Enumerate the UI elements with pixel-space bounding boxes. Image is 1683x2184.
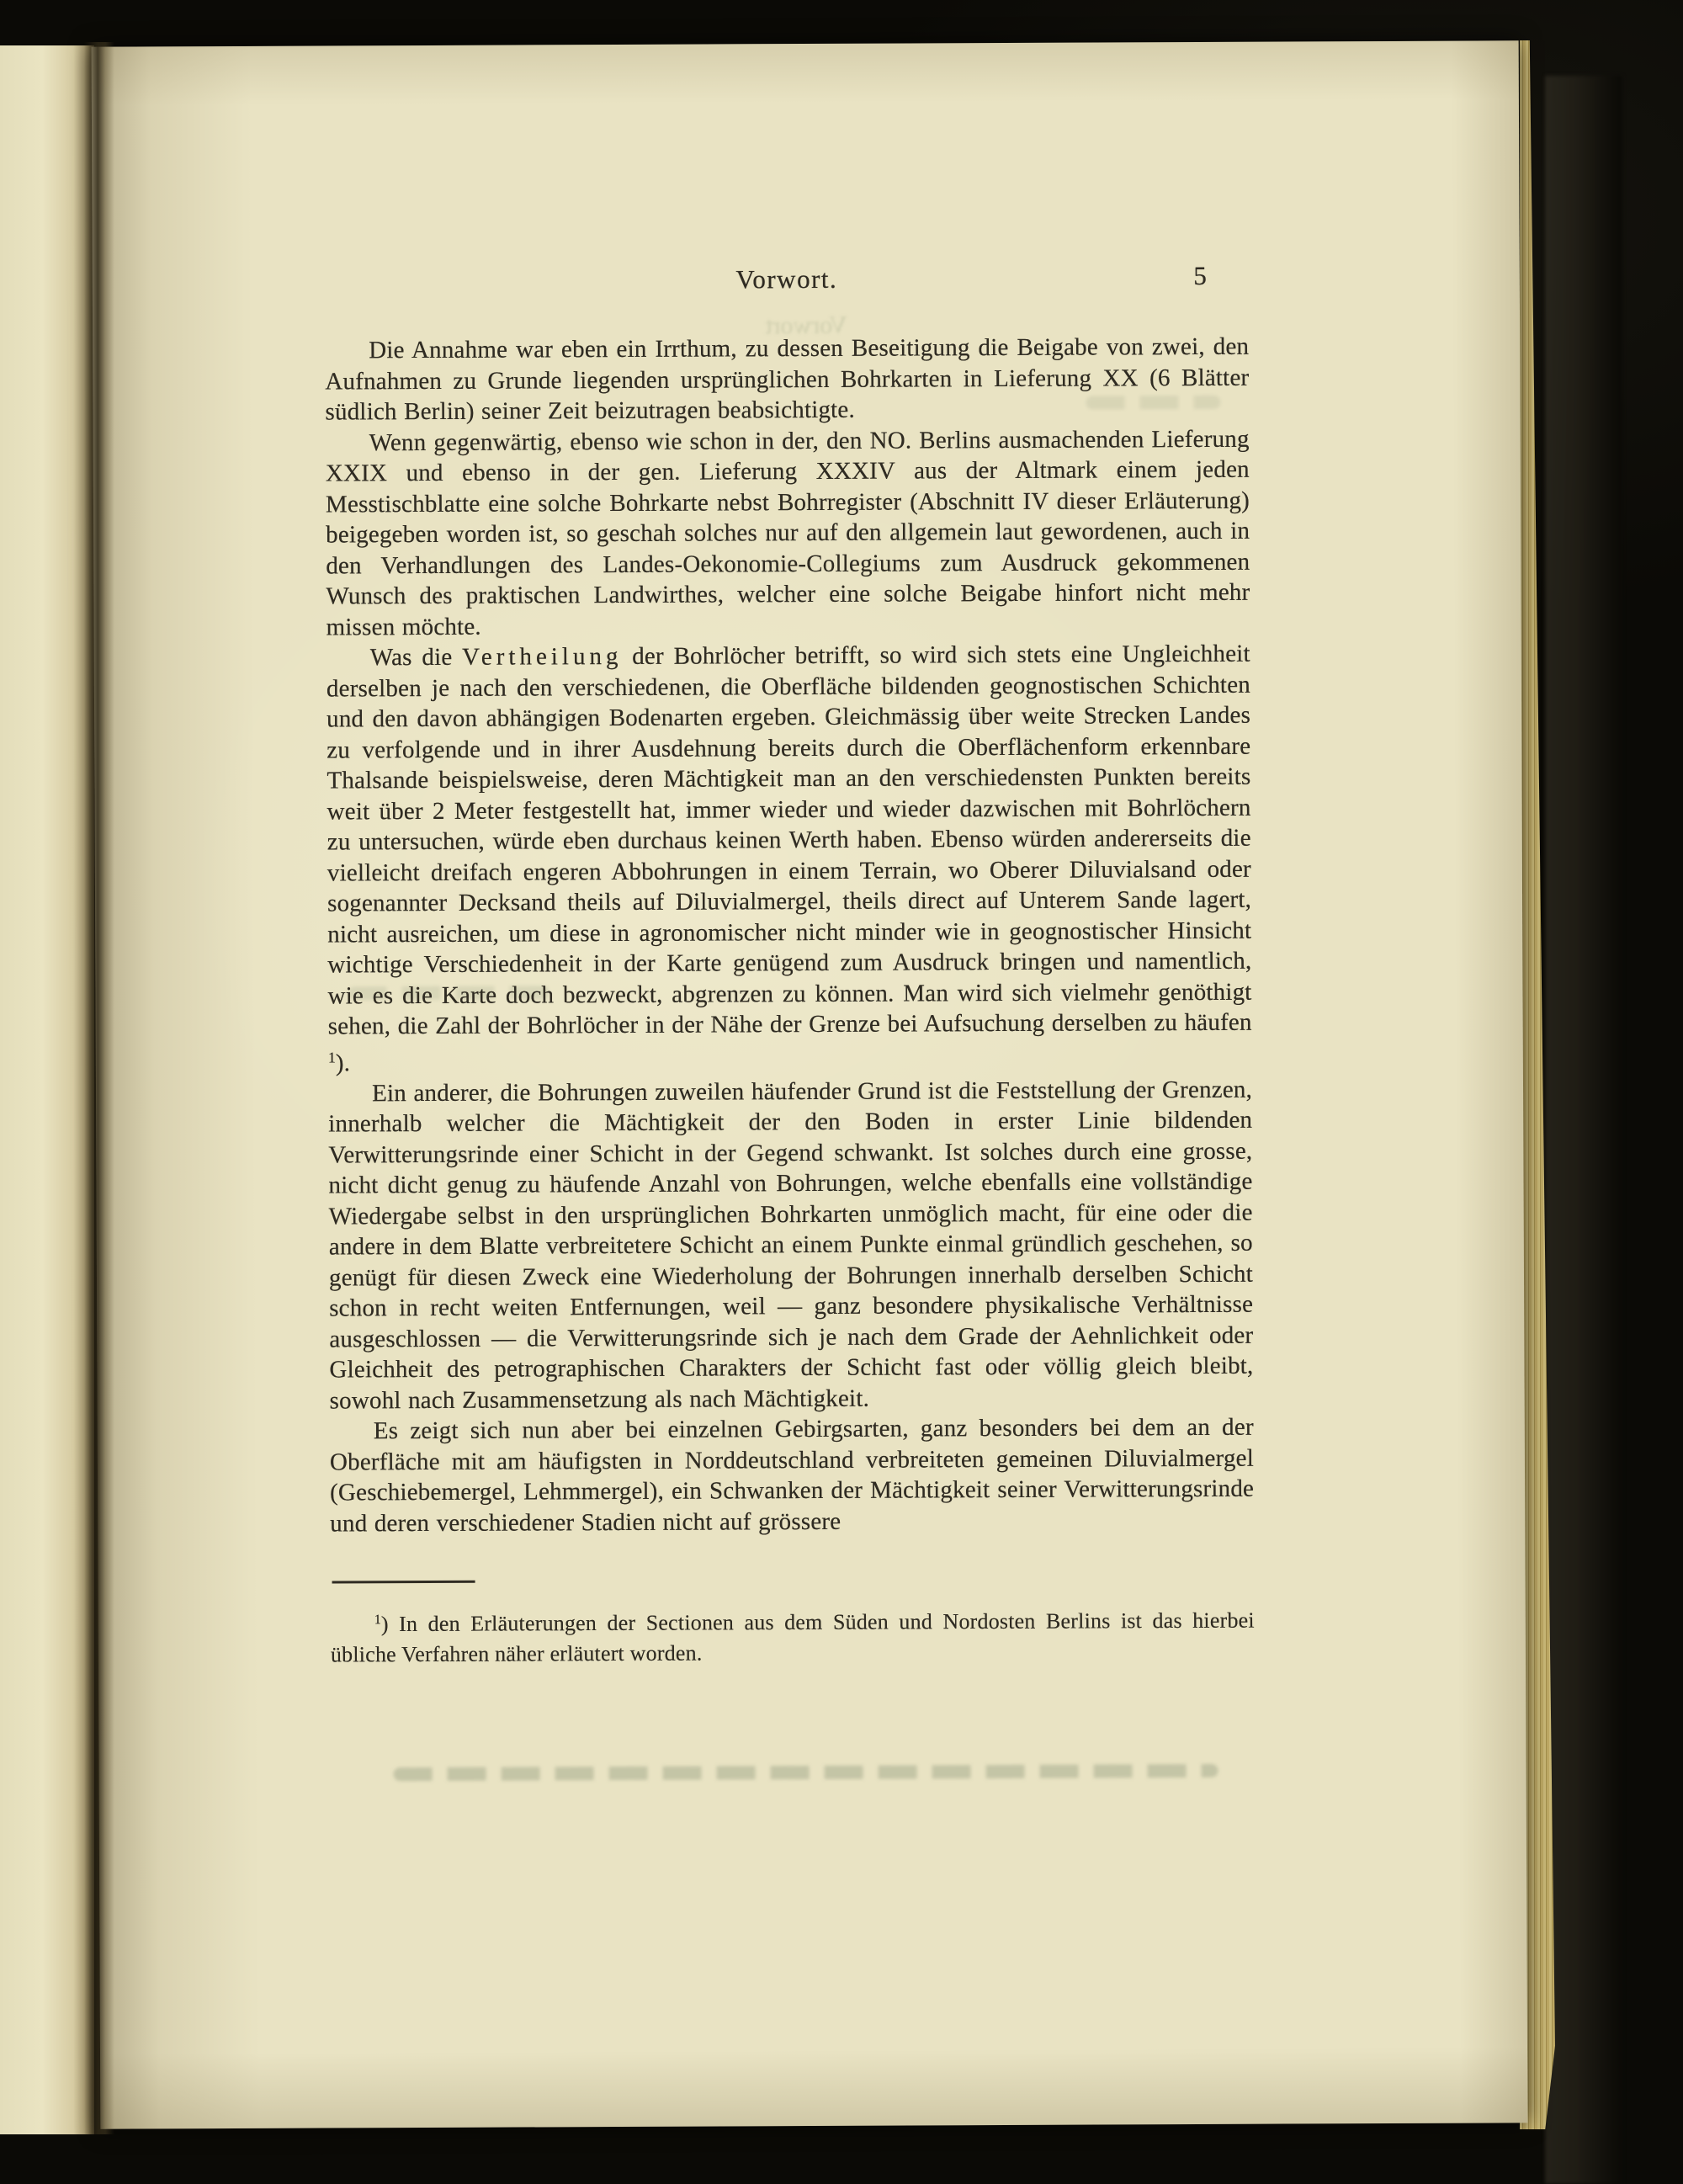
paragraph-3: Was die Vertheilung der Bohrlöcher betri… <box>327 639 1252 1079</box>
footnote: 1) In den Erläuterungen der Sectionen au… <box>331 1602 1255 1671</box>
letterspaced-word: Vertheilung <box>462 643 622 671</box>
page-heading: Vorwort. <box>325 263 1249 297</box>
book-scan-photo: Vorwort Vorwort. 5 Die Annahme war eben … <box>0 0 1683 2184</box>
gutter-crease-shadow <box>84 42 114 2134</box>
page-number: 5 <box>1193 261 1207 291</box>
text-column: Vorwort. 5 Die Annahme war eben ein Irrt… <box>325 263 1255 1671</box>
footnote-separator-rule <box>332 1581 475 1584</box>
facing-page-edge <box>0 45 94 2134</box>
paragraph-1: Die Annahme war eben ein Irrthum, zu des… <box>325 332 1249 428</box>
book-page: Vorwort Vorwort. 5 Die Annahme war eben … <box>92 40 1528 2128</box>
running-head: Vorwort. 5 <box>325 263 1249 307</box>
footnote-reference: 1 <box>328 1049 336 1065</box>
show-through-text-smudge <box>394 1764 1218 1781</box>
paragraph-5: Es zeigt sich nun aber bei einzelnen Geb… <box>330 1412 1255 1539</box>
body-text: Die Annahme war eben ein Irrthum, zu des… <box>325 332 1254 1539</box>
paragraph-4: Ein anderer, die Bohrungen zuweilen häuf… <box>328 1075 1254 1416</box>
book-cover-edge <box>1545 76 1622 2184</box>
paragraph-3-text: ). <box>336 1049 350 1076</box>
footnote-marker: 1 <box>374 1613 381 1628</box>
paragraph-2: Wenn gegenwärtig, ebenso wie schon in de… <box>326 423 1250 642</box>
footnote-text: ) In den Erläuterungen der Sectionen aus… <box>331 1608 1255 1667</box>
paragraph-3-text: Was die <box>370 644 462 671</box>
paragraph-3-text: der Bohrlöcher betrifft, so wird sich st… <box>327 640 1252 1040</box>
